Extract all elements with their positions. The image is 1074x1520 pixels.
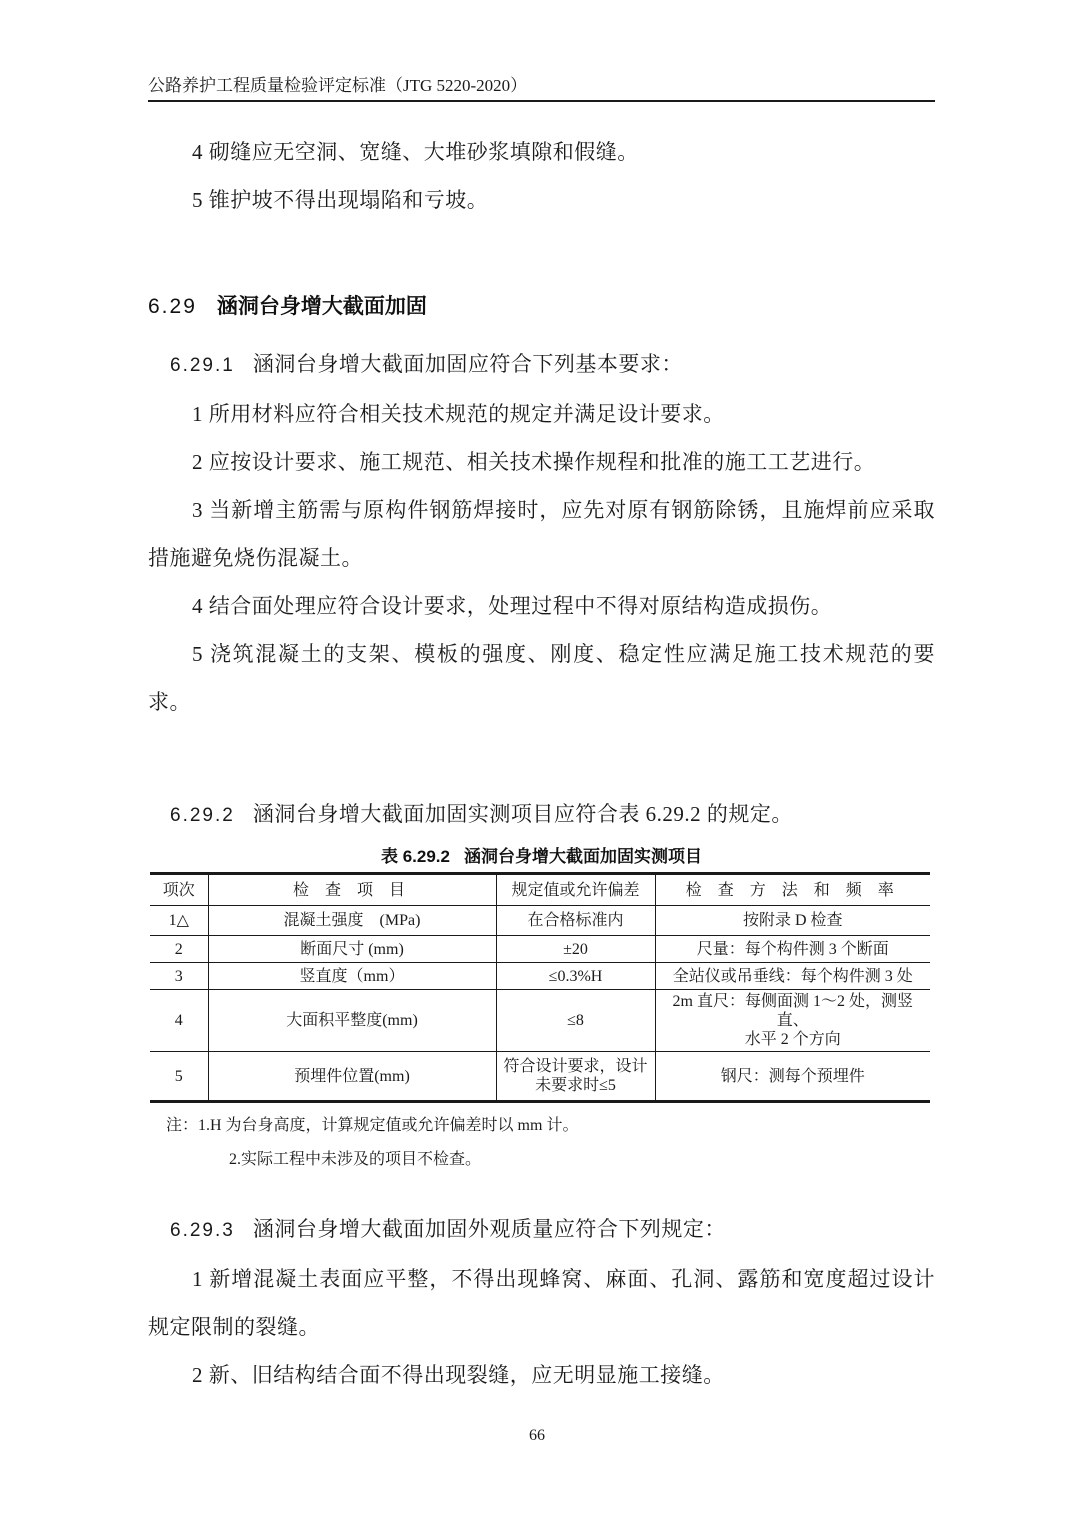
page-number: 66	[0, 1426, 1074, 1446]
table-cell: 预埋件位置(mm)	[208, 1052, 496, 1102]
running-head: 公路养护工程质量检验评定标准（JTG 5220-2020）	[148, 76, 527, 95]
table-cell: ≤8	[496, 990, 655, 1052]
list-item: 4 结合面处理应符合设计要求，处理过程中不得对原结构造成损伤。	[148, 582, 935, 630]
table-header-row: 项次 检 查 项 目 规定值或允许偏差 检 查 方 法 和 频 率	[150, 874, 930, 906]
clause-6-29-1-block: 6.29.1涵洞台身增大截面加固应符合下列基本要求： 1 所用材料应符合相关技术…	[148, 340, 935, 726]
table-cell: 竖直度（mm）	[208, 963, 496, 990]
table-block: 表 6.29.2涵洞台身增大截面加固实测项目 项次 检 查 项 目 规定值或允许…	[148, 846, 935, 1177]
table-cell: 在合格标准内	[496, 906, 655, 936]
clause-text: 涵洞台身增大截面加固应符合下列基本要求：	[253, 352, 683, 376]
clause-6-29-3-block: 6.29.3涵洞台身增大截面加固外观质量应符合下列规定： 1 新增混凝土表面应平…	[148, 1205, 935, 1399]
table-cell: 1△	[150, 906, 208, 936]
table-title-text: 涵洞台身增大截面加固实测项目	[464, 847, 702, 866]
table-cell: 按附录 D 检查	[655, 906, 930, 936]
section-heading: 6.29涵洞台身增大截面加固	[148, 294, 935, 320]
table-cell: ±20	[496, 936, 655, 963]
table-cell: ≤0.3%H	[496, 963, 655, 990]
clause-lead: 6.29.2涵洞台身增大截面加固实测项目应符合表 6.29.2 的规定。	[148, 790, 935, 840]
table-cell: 钢尺：测每个预埋件	[655, 1052, 930, 1102]
list-item: 2 新、旧结构结合面不得出现裂缝，应无明显施工接缝。	[148, 1351, 935, 1399]
table-cell: 2	[150, 936, 208, 963]
table-title-number: 表 6.29.2	[381, 847, 450, 866]
clause-text: 涵洞台身增大截面加固外观质量应符合下列规定：	[253, 1217, 726, 1241]
table-cell: 4	[150, 990, 208, 1052]
table-cell: 尺量：每个构件测 3 个断面	[655, 936, 930, 963]
page-header: 公路养护工程质量检验评定标准（JTG 5220-2020）	[148, 76, 935, 102]
clause-number: 6.29.1	[170, 355, 235, 376]
clause-text: 涵洞台身增大截面加固实测项目应符合表 6.29.2 的规定。	[253, 802, 793, 826]
table-notes: 注：1.H 为台身高度，计算规定值或允许偏差时以 mm 计。 2.实际工程中未涉…	[148, 1109, 935, 1177]
table-row: 2 断面尺寸 (mm) ±20 尺量：每个构件测 3 个断面	[150, 936, 930, 963]
table-cell: 2m 直尺：每侧面测 1～2 处，测竖直、 水平 2 个方向	[655, 990, 930, 1052]
table-cell: 大面积平整度(mm)	[208, 990, 496, 1052]
list-item: 5 浇筑混凝土的支架、模板的强度、刚度、稳定性应满足施工技术规范的要求。	[148, 630, 935, 726]
table-title: 表 6.29.2涵洞台身增大截面加固实测项目	[148, 846, 935, 868]
table-cell: 全站仪或吊垂线：每个构件测 3 处	[655, 963, 930, 990]
section-title: 涵洞台身增大截面加固	[217, 295, 427, 318]
table-cell: 5	[150, 1052, 208, 1102]
table-header-cell: 检 查 方 法 和 频 率	[655, 874, 930, 906]
table-cell: 符合设计要求，设计 未要求时≤5	[496, 1052, 655, 1102]
list-item: 1 所用材料应符合相关技术规范的规定并满足设计要求。	[148, 390, 935, 438]
spec-table: 项次 检 查 项 目 规定值或允许偏差 检 查 方 法 和 频 率 1△ 混凝土…	[150, 872, 930, 1103]
table-note: 注：1.H 为台身高度，计算规定值或允许偏差时以 mm 计。	[148, 1109, 935, 1143]
clause-lead: 6.29.3涵洞台身增大截面加固外观质量应符合下列规定：	[148, 1205, 935, 1255]
table-row: 3 竖直度（mm） ≤0.3%H 全站仪或吊垂线：每个构件测 3 处	[150, 963, 930, 990]
table-cell: 3	[150, 963, 208, 990]
list-item: 3 当新增主筋需与原构件钢筋焊接时，应先对原有钢筋除锈，且施焊前应采取措施避免烧…	[148, 486, 935, 582]
clause-number: 6.29.3	[170, 1220, 235, 1241]
section-number: 6.29	[148, 295, 197, 318]
clause-lead: 6.29.1涵洞台身增大截面加固应符合下列基本要求：	[148, 340, 935, 390]
list-item: 2 应按设计要求、施工规范、相关技术操作规程和批准的施工工艺进行。	[148, 438, 935, 486]
top-paragraphs: 4 砌缝应无空洞、宽缝、大堆砂浆填隙和假缝。 5 锥护坡不得出现塌陷和亏坡。	[148, 128, 935, 224]
table-header-cell: 规定值或允许偏差	[496, 874, 655, 906]
table-row: 4 大面积平整度(mm) ≤8 2m 直尺：每侧面测 1～2 处，测竖直、 水平…	[150, 990, 930, 1052]
table-row: 1△ 混凝土强度 (MPa) 在合格标准内 按附录 D 检查	[150, 906, 930, 936]
paragraph: 4 砌缝应无空洞、宽缝、大堆砂浆填隙和假缝。	[148, 128, 935, 176]
table-cell: 混凝土强度 (MPa)	[208, 906, 496, 936]
table-header-cell: 项次	[150, 874, 208, 906]
paragraph: 5 锥护坡不得出现塌陷和亏坡。	[148, 176, 935, 224]
document-page: 公路养护工程质量检验评定标准（JTG 5220-2020） 4 砌缝应无空洞、宽…	[0, 0, 1074, 1520]
table-note: 2.实际工程中未涉及的项目不检查。	[148, 1143, 935, 1177]
list-item: 1 新增混凝土表面应平整，不得出现蜂窝、麻面、孔洞、露筋和宽度超过设计规定限制的…	[148, 1255, 935, 1351]
table-cell: 断面尺寸 (mm)	[208, 936, 496, 963]
table-row: 5 预埋件位置(mm) 符合设计要求，设计 未要求时≤5 钢尺：测每个预埋件	[150, 1052, 930, 1102]
table-header-cell: 检 查 项 目	[208, 874, 496, 906]
clause-number: 6.29.2	[170, 805, 235, 826]
